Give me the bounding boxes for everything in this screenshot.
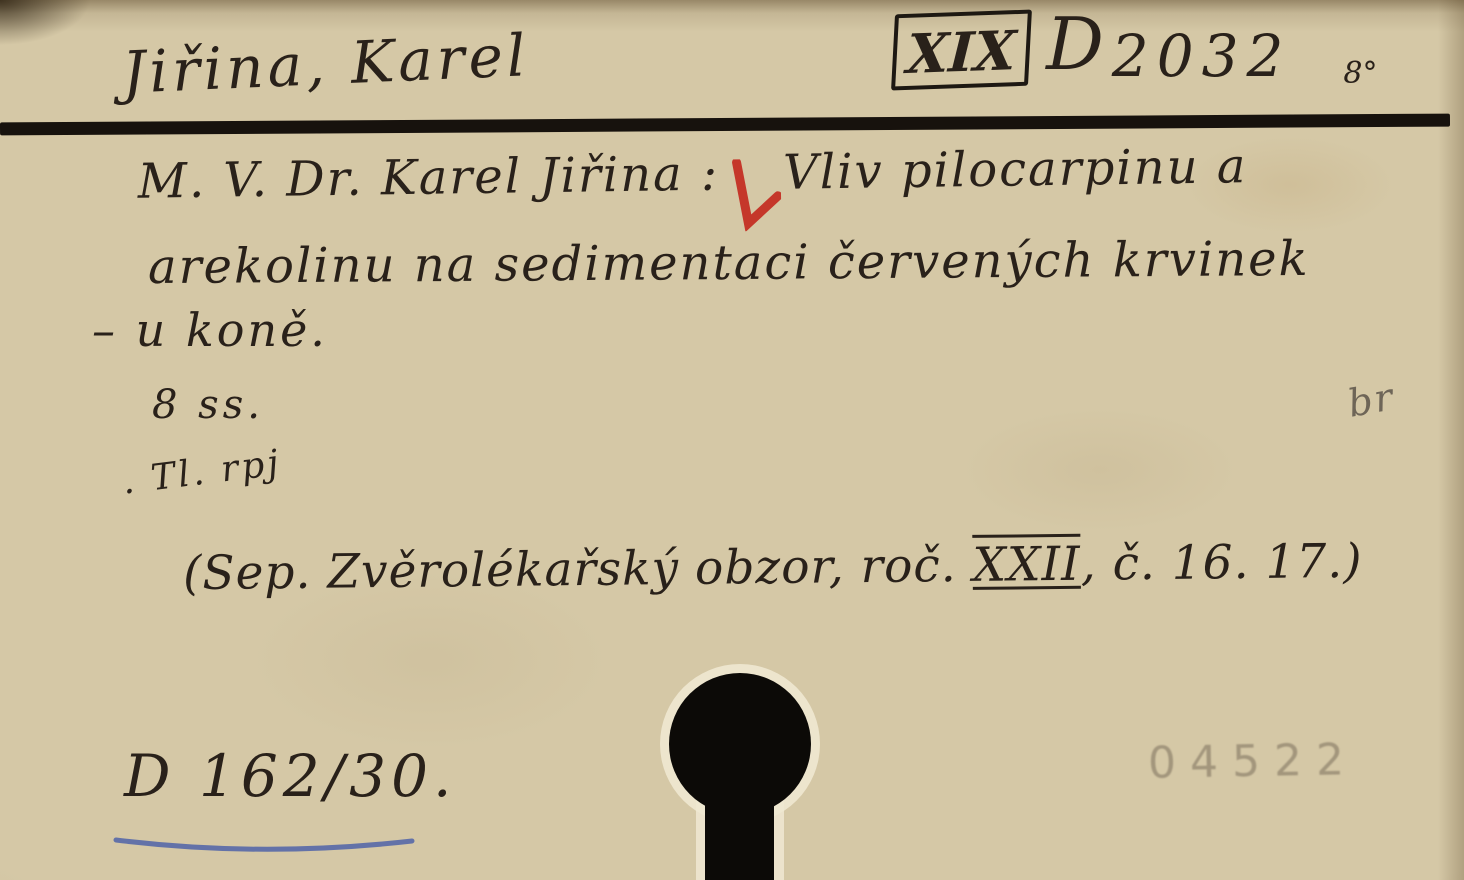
header-rule (0, 114, 1450, 136)
citation-line: (Sep. Zvěrolékařský obzor, roč. XXII, č.… (183, 534, 1363, 601)
citation-prefix: (Sep. Zvěrolékařský obzor, roč. (183, 538, 973, 601)
red-correction-check-icon (729, 159, 782, 244)
scan-edge-shadow (1438, 0, 1464, 880)
citation-suffix: , č. 16. 17.) (1080, 534, 1362, 592)
author-statement: M. V. Dr. Karel Jiřina : (137, 146, 719, 210)
blue-underline-stroke (112, 832, 422, 860)
call-number: XIX D 2032 8° (893, 12, 1378, 91)
faint-stamp-number: 04522 (1148, 734, 1359, 789)
handwritten-note: . Tl. rpj (120, 442, 284, 502)
punch-hole (628, 664, 856, 880)
pencil-annotation: br (1345, 374, 1398, 425)
format-size: 8° (1343, 56, 1377, 91)
author-heading: Jiřina, Karel (121, 21, 531, 107)
collation-pages: 8 ss. (152, 382, 264, 428)
accession-number: D 162/30. (124, 742, 456, 810)
citation-volume: XXII (972, 537, 1081, 593)
class-roman-boxed: XIX (891, 10, 1032, 91)
title-line-3: – u koně. (92, 303, 328, 357)
class-number: 2032 (1112, 22, 1292, 90)
class-letter: D (1046, 8, 1104, 80)
catalog-card-scan: Jiřina, Karel XIX D 2032 8° M. V. Dr. Ka… (0, 0, 1464, 880)
title-start: Vliv pilocarpinu a (783, 138, 1248, 200)
title-line-2: arekolinu na sedimentaci červených krvin… (148, 231, 1310, 295)
